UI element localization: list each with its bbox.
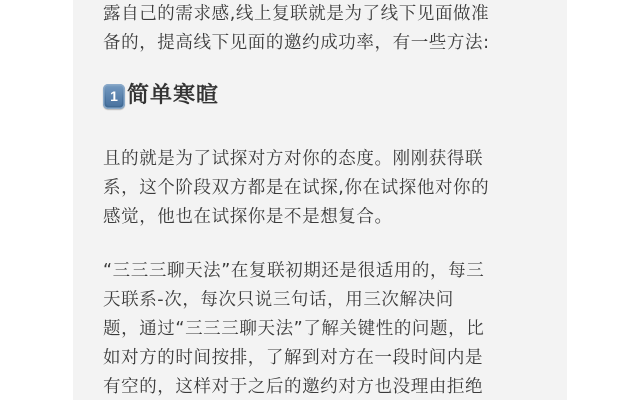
- paragraph1-line-1: 且的就是为了试探对方对你的态度。刚刚获得联: [103, 148, 483, 170]
- keycap-number: 1: [106, 87, 122, 106]
- section-heading: 1 简单寒暄: [103, 82, 219, 110]
- section-title: 简单寒暄: [127, 82, 219, 110]
- paragraph1-line-3: 感觉，他也在试探你是不是想复合。: [103, 206, 393, 228]
- paragraph2-line-2: 天联系-次，每次只说三句话，用三次解决问: [103, 289, 454, 311]
- article-card: 露自己的需求感,线上复联就是为了线下见面做准 备的，提高线下见面的邀约成功率，有…: [73, 0, 567, 400]
- intro-line-1: 露自己的需求感,线上复联就是为了线下见面做准: [103, 3, 489, 25]
- intro-line-2: 备的，提高线下见面的邀约成功率，有一些方法:: [103, 32, 490, 54]
- keycap-digit-one-icon: 1: [103, 84, 125, 109]
- paragraph1-line-2: 系，这个阶段双方都是在试探,你在试探他对你的: [103, 177, 489, 199]
- paragraph2-line-5: 有空的，这样对于之后的邀约对方也没理由拒绝: [103, 376, 483, 398]
- paragraph2-line-3: 题，通过“三三三聊天法”了解关键性的问题，比: [103, 318, 484, 340]
- paragraph2-line-4: 如对方的时间按排，了解到对方在一段时间内是: [103, 347, 483, 369]
- paragraph2-line-1: “三三三聊天法”在复联初期还是很适用的，每三: [103, 260, 484, 282]
